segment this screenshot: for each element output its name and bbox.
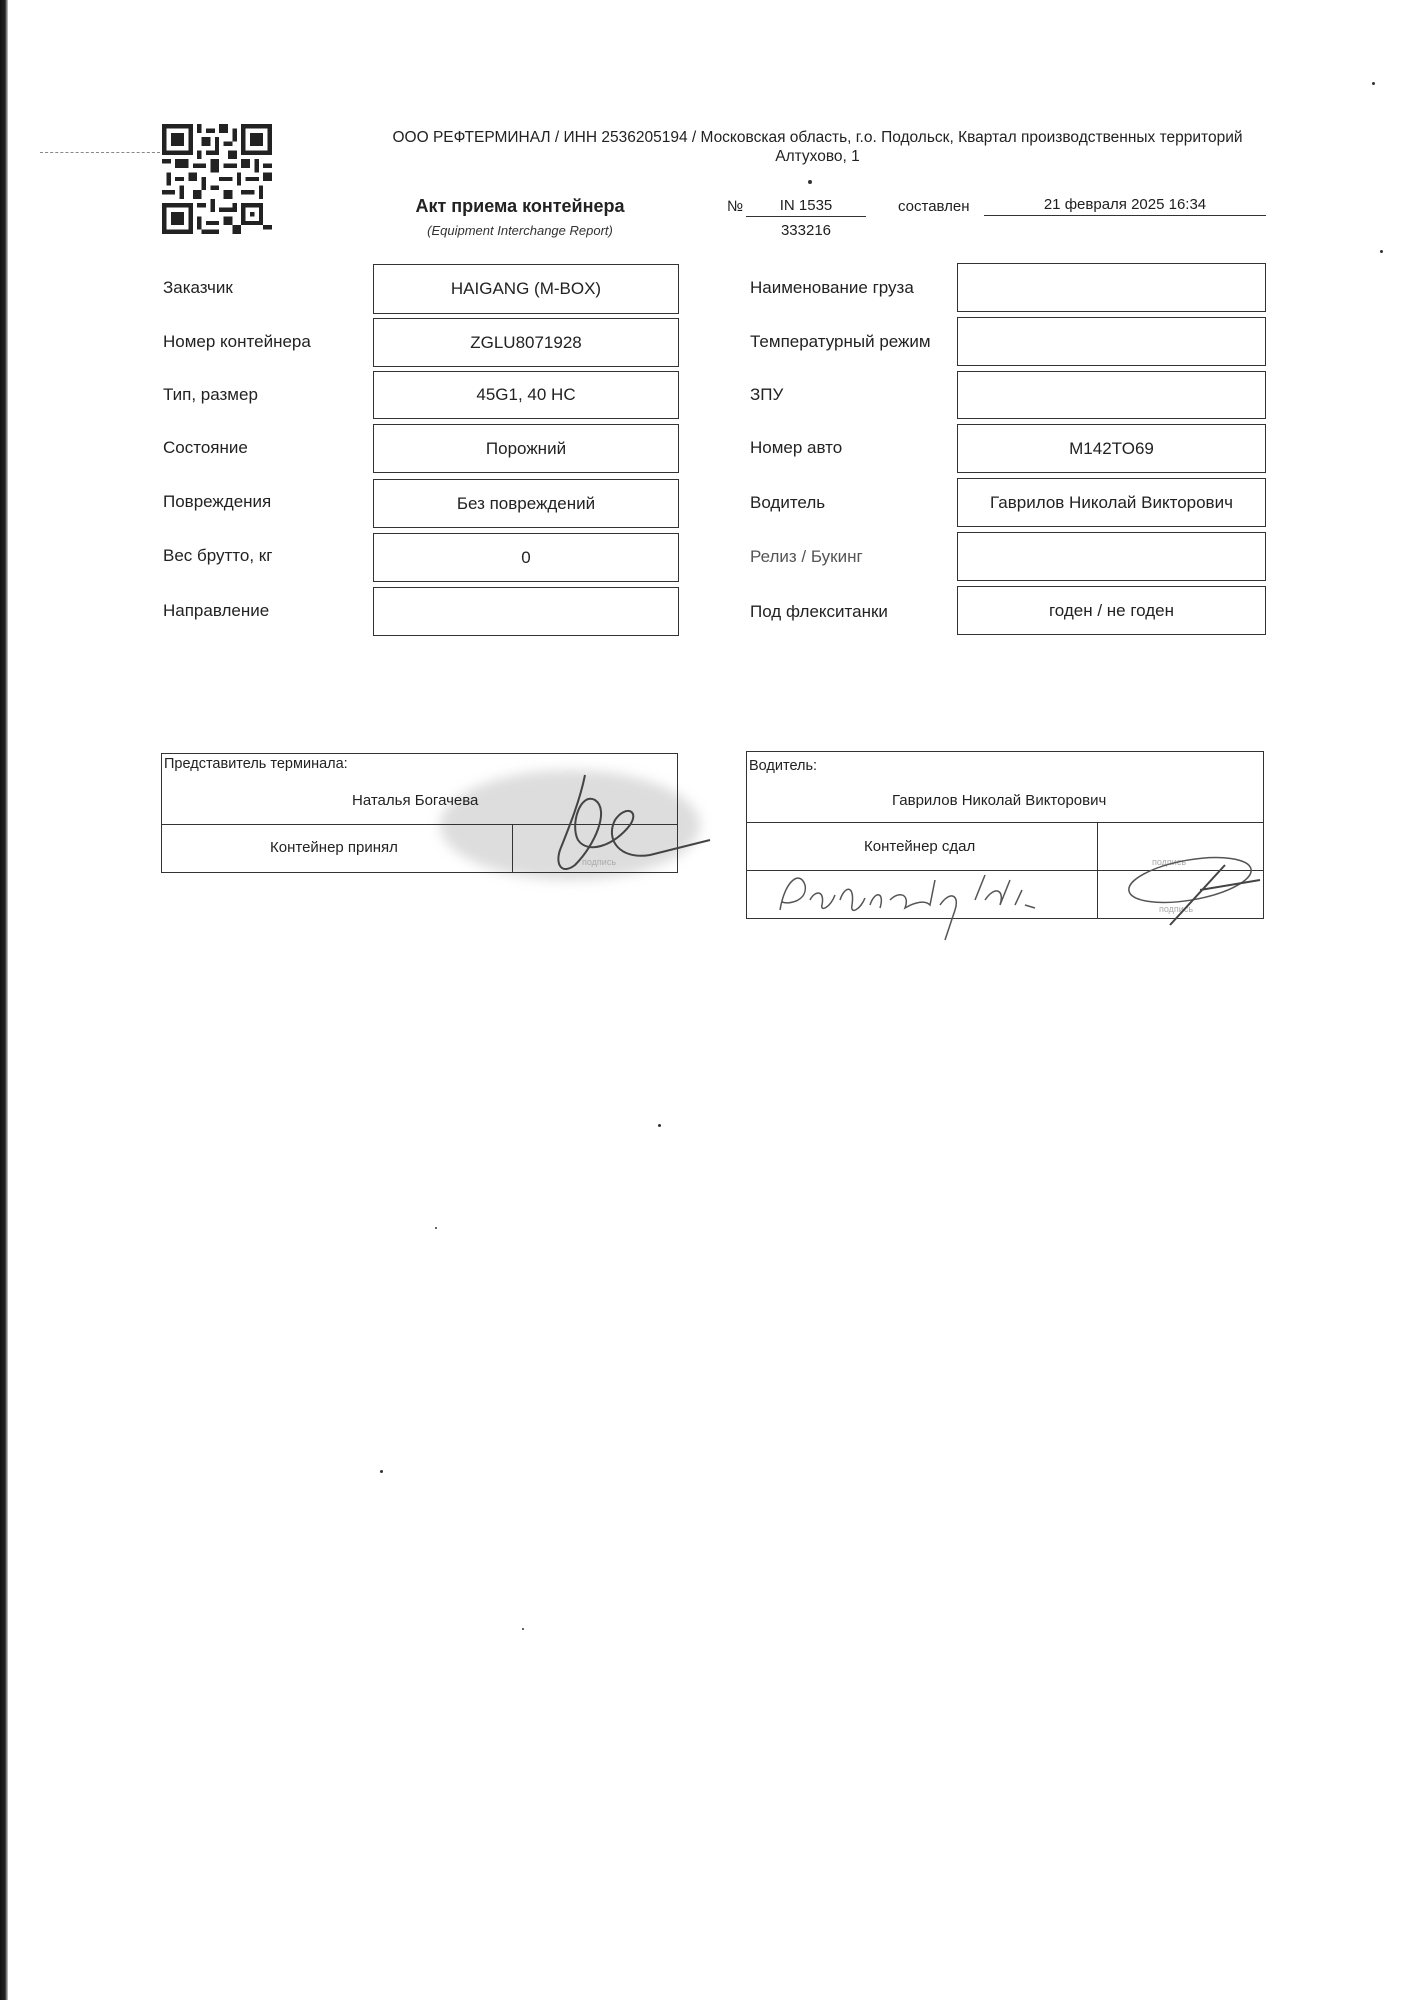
container-accepted-label: Контейнер принял — [270, 839, 398, 856]
field-vehicle-number: M142TO69 — [957, 424, 1266, 473]
driver-handwritten-name — [760, 860, 1100, 940]
field-gross-weight: 0 — [373, 533, 679, 582]
field-label-flexitank: Под флекситанки — [750, 602, 888, 622]
field-container-number: ZGLU8071928 — [373, 318, 679, 367]
field-label-release-booking: Релиз / Букинг — [750, 547, 863, 567]
organization-line-2: Алтухово, 1 — [375, 147, 1260, 166]
field-condition: Порожний — [373, 424, 679, 473]
field-label-container-number: Номер контейнера — [163, 332, 311, 352]
qr-code-icon — [162, 124, 272, 234]
field-label-condition: Состояние — [163, 438, 248, 458]
field-label-driver: Водитель — [750, 493, 825, 513]
scan-speck — [435, 1227, 437, 1229]
field-cargo-name — [957, 263, 1266, 312]
field-release-booking — [957, 532, 1266, 581]
organization-header: ООО РЕФТЕРМИНАЛ / ИНН 2536205194 / Моско… — [375, 128, 1260, 166]
document-title: Акт приема контейнера — [380, 196, 660, 217]
scan-edge — [0, 0, 8, 2000]
field-label-vehicle-number: Номер авто — [750, 438, 842, 458]
field-direction — [373, 587, 679, 636]
document-number: IN 1535 — [746, 197, 866, 217]
field-label-type-size: Тип, размер — [163, 385, 258, 405]
field-label-gross-weight: Вес брутто, кг — [163, 546, 272, 566]
scan-speck — [658, 1124, 661, 1127]
number-sign: № — [727, 198, 743, 215]
driver-signature — [1120, 845, 1270, 925]
terminal-signature — [540, 770, 720, 880]
document-subtitle: (Equipment Interchange Report) — [380, 223, 660, 238]
scan-speck — [1380, 250, 1383, 253]
field-flexitank: годен / не годен — [957, 586, 1266, 635]
field-label-damage: Повреждения — [163, 492, 271, 512]
scan-speck — [522, 1628, 524, 1630]
composed-date: 21 февраля 2025 16:34 — [984, 196, 1266, 216]
margin-mark — [40, 152, 160, 153]
scan-speck — [380, 1470, 383, 1473]
terminal-heading: Представитель терминала: — [164, 756, 348, 772]
scan-speck — [1372, 82, 1375, 85]
field-label-cargo-name: Наименование груза — [750, 278, 914, 298]
field-customer: HAIGANG (M-BOX) — [373, 264, 679, 314]
container-handed-over-label: Контейнер сдал — [864, 838, 975, 855]
field-temperature — [957, 317, 1266, 366]
driver-name: Гаврилов Николай Викторович — [892, 792, 1106, 809]
driver-heading: Водитель: — [749, 758, 817, 774]
composed-label: составлен — [898, 198, 970, 215]
field-label-temperature: Температурный режим — [750, 332, 931, 352]
divider — [512, 824, 513, 872]
field-type-size: 45G1, 40 HC — [373, 371, 679, 419]
scan-speck — [808, 180, 812, 184]
field-label-customer: Заказчик — [163, 278, 233, 298]
field-damage: Без повреждений — [373, 479, 679, 528]
document-number-sub: 333216 — [746, 222, 866, 239]
field-label-direction: Направление — [163, 601, 269, 621]
divider — [747, 822, 1263, 823]
field-label-seal: ЗПУ — [750, 385, 783, 405]
terminal-representative-name: Наталья Богачева — [352, 792, 478, 809]
field-seal — [957, 371, 1266, 419]
field-driver: Гаврилов Николай Викторович — [957, 478, 1266, 527]
organization-line-1: ООО РЕФТЕРМИНАЛ / ИНН 2536205194 / Моско… — [375, 128, 1260, 147]
